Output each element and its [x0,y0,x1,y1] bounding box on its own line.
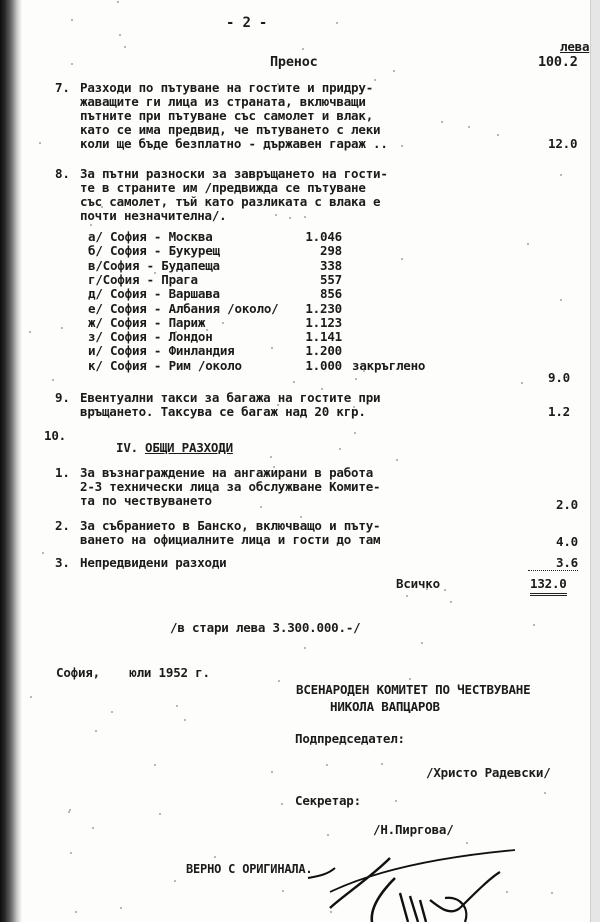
speck [363,370,365,372]
signatory-role: Секретар: [295,793,361,808]
speck [300,516,302,518]
old-currency-note: /в стари лева 3.300.000.-/ [170,620,360,635]
item-line: връщането. Таксува се багаж над 20 кгр. [80,404,366,419]
speck [111,711,113,713]
speck [353,406,355,408]
speck [289,217,291,219]
route-value: 1.000 [280,358,342,373]
speck [560,174,562,176]
speck [119,34,121,36]
speck [381,763,383,765]
route-value: 856 [280,286,342,301]
speck [92,827,94,829]
total-label: Всичко [396,576,440,591]
speck [184,719,186,721]
speck [406,595,408,597]
speck [42,552,44,554]
speck [304,216,306,218]
speck [71,63,73,65]
speck [544,792,546,794]
route-value: 1.200 [280,343,342,358]
document-page: - 2 - лева Пренос 100.2 7. Разходи по пъ… [0,0,590,922]
route-value: 1.141 [280,329,342,344]
speck [124,46,126,48]
item-amount: 4.0 [556,534,578,549]
speck [281,803,283,805]
route-label: к/ София - Рим /около [88,358,242,373]
item-line: почти незначителна/. [80,208,227,223]
speck [75,911,77,913]
speck [441,121,443,123]
item-line: Евентуални такси за багажа на гостите пр… [80,390,380,405]
signatory-name: /Н.Пиргова/ [373,822,454,837]
route-value: 1.123 [280,315,342,330]
speck [336,22,338,24]
route-value: 338 [280,258,342,273]
item-line: като се има предвид, че пътуването с лек… [80,122,380,137]
item-line: те в страните им /предвижда се пътуване [80,180,366,195]
speck [393,70,395,72]
speck [68,811,70,813]
route-label: д/ София - Варшава [88,286,220,301]
certification-stamp: ВЕРНО С ОРИГИНАЛА. [186,862,312,877]
speck [527,243,529,245]
route-value: 557 [280,272,342,287]
speck [71,19,73,21]
speck [52,379,54,381]
route-value: 298 [280,243,342,258]
item-line: За пътни разноски за завръщането на гост… [80,166,388,181]
speck [395,800,397,802]
speck [175,331,177,333]
item-amount: 3.6 [528,555,578,571]
item-line: жаващите ги лица из страната, включващи [80,94,366,109]
speck [271,347,273,349]
speck [521,382,523,384]
speck [173,218,175,220]
speck [93,409,95,411]
speck [551,892,553,894]
item-number: 2. [55,518,70,533]
speck [174,880,176,882]
place-date: София, юли 1952 г. [56,665,210,680]
speck [374,79,376,81]
speck [271,771,273,773]
item-line: Непредвидени разходи [80,555,227,570]
route-label: б/ София - Букурещ [88,243,220,258]
item-line: За възнаграждение на ангажирани в работа [80,465,373,480]
speck [468,126,470,128]
speck [70,852,72,854]
speck [506,891,508,893]
speck [117,1,119,3]
speck [30,696,32,698]
speck [401,145,403,147]
speck [466,842,468,844]
page-number: - 2 - [226,16,267,31]
speck [275,214,277,216]
speck [278,680,280,682]
route-label: а/ София - Москва [88,229,213,244]
signatory-name: /Христо Радевски/ [426,765,551,780]
item-line: коли ще бъде безплатно - държавен гараж … [80,136,388,151]
item-line: със самолет, тъй като разликата с влака … [80,194,380,209]
item-line: За събранието в Банско, включващо и пъту… [80,518,380,533]
speck [302,48,304,50]
item-number: 7. [55,80,70,95]
speck [154,764,156,766]
speck [355,378,357,380]
item-line: ването на официалните лица и гости до та… [80,532,380,547]
speck [421,642,423,644]
route-label: в/София - Будапеща [88,258,220,273]
speck [270,456,272,458]
speck [176,705,178,707]
speck [29,331,31,333]
item-number: 10. [44,428,66,443]
viewer-edge [590,0,600,922]
item-amount: 12.0 [548,136,577,151]
item-amount: 1.2 [548,404,570,419]
speck [533,624,535,626]
item-line: та по чествуването [80,493,212,508]
speck [354,432,356,434]
item-number: 9. [55,390,70,405]
section-prefix: IV. [116,440,138,455]
item-line: 2-3 технически лица за обслужване Комите… [80,479,380,494]
speck [321,388,323,390]
route-value: 1.046 [280,229,342,244]
speck [260,506,262,508]
speck [39,142,41,144]
route-value: 1.230 [280,301,342,316]
route-label: е/ София - Албания /около/ [88,301,278,316]
speck [409,678,411,680]
speck [222,322,224,324]
carry-over-label: Пренос [270,55,318,70]
speck [327,834,329,836]
signatory-role: Подпредседател: [295,731,405,746]
speck [182,449,184,451]
route-label: и/ София - Финландия [88,343,235,358]
speck [293,381,295,383]
currency-header: лева [560,39,589,54]
item-line: Разходи по пътуване на гостите и придру- [80,80,373,95]
item-number: 1. [55,465,70,480]
speck [159,813,161,815]
item-number: 3. [55,555,70,570]
route-label: г/София - Прага [88,272,198,287]
item-line: пътните при пътуване със самолет и влак, [80,108,373,123]
speck [396,459,398,461]
speck [214,856,216,858]
speck [304,647,306,649]
route-label: ж/ София - Париж [88,315,205,330]
scan-edge-shadow [0,0,22,922]
carry-over-amount: 100.2 [538,55,578,70]
route-label: з/ София - Лондон [88,329,213,344]
speck [450,601,452,603]
total-amount: 132.0 [530,576,567,596]
speck [560,299,562,301]
speck [497,134,499,136]
speck [90,224,92,226]
item-amount: 2.0 [556,497,578,512]
speck [95,730,97,732]
committee-name-line2: НИКОЛА ВАПЦАРОВ [330,699,440,714]
speck [61,327,63,329]
speck [339,448,341,450]
handwritten-signature [300,838,540,922]
speck [120,907,122,909]
speck [326,764,328,766]
committee-name-line1: ВСЕНАРОДЕН КОМИТЕТ ПО ЧЕСТВУВАНЕ [296,682,530,697]
speck [444,589,446,591]
speck [401,258,403,260]
section-title: ОБЩИ РАЗХОДИ [145,440,233,455]
item-number: 8. [55,166,70,181]
speck [282,890,284,892]
item-amount: 9.0 [548,370,570,385]
